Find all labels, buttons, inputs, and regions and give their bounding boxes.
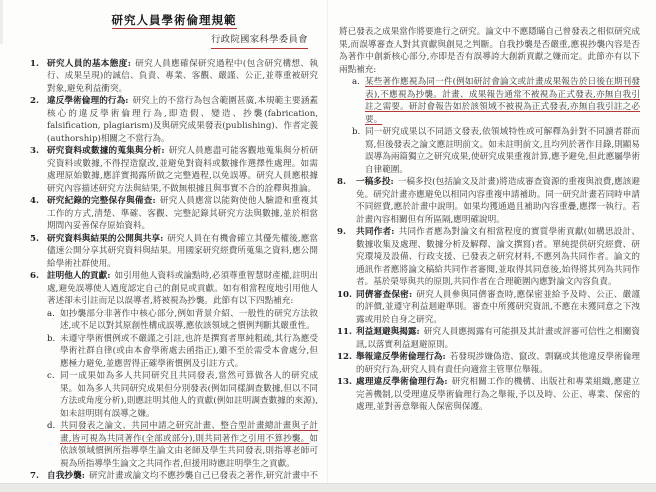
subitem-text: 如抄襲部分非著作中核心部分,例如背景介紹、一般性的研究方法敘述,或不足以對其原創… (60, 308, 318, 333)
red-underlined-text: 某些著作應視為同一件(例如研討會論文或計畫成果報告於日後在期刊發表),不應視為抄… (365, 77, 640, 125)
item-label: 舉報違反學術倫理行為: (356, 352, 446, 362)
subitem-letter: c. (47, 370, 60, 420)
scan-edge-artifact (0, 0, 3, 44)
subitem-text: 某些著作應視為同一件(例如研討會論文或計畫成果報告於日後在期刊發表),不應視為抄… (365, 76, 640, 126)
item-text: 一稿多投:一稿多投(包括論文及計畫)將造成審查資源的重複與浪費,應該避免。研究計… (356, 176, 640, 226)
subitem-c: c. 同一成果如為多人共同研究且共同發表,當然可算做各人的研究成果。如為多人共同… (47, 370, 318, 420)
item-number: 5. (30, 233, 47, 271)
item-number: 12. (337, 351, 356, 376)
subitem-a: a. 某些著作應視為同一件(例如研討會論文或計畫成果報告於日後在期刊發表),不應… (337, 76, 640, 126)
item-label: 同儕審查保密: (356, 290, 412, 300)
item-label: 共同作者: (356, 227, 394, 237)
item-11: 11. 利益迴避與揭露:研究人員應揭露有可能損及其計畫或評審可信性之相關資訊,以… (337, 326, 640, 351)
item-number: 10. (337, 289, 356, 327)
page-left: 研究人員學術倫理規範 行政院國家科學委員會 1. 研究人員的基本態度:研究人員應… (0, 0, 328, 484)
item-text: 研究資料或數據的蒐集與分析:研究人員應盡可能客觀地蒐集與分析研究資料或數據,不得… (47, 145, 318, 195)
item-text: 處理違反學術倫理行為:研究相關工作的機構、出版社和專業組織,應建立完善機制,以受… (356, 376, 640, 414)
item-number: 2. (30, 95, 47, 145)
item-2: 2. 違反學術倫理的行為:研究上的不當行為包含範圍甚廣,本規範主要涵蓋核心的違反… (30, 95, 318, 145)
item-number: 7. (30, 470, 47, 484)
item-label: 一稿多投: (356, 177, 394, 187)
item-number: 6. (30, 270, 47, 470)
item-number: 4. (30, 195, 47, 233)
document-scan: 研究人員學術倫理規範 行政院國家科學委員會 1. 研究人員的基本態度:研究人員應… (0, 0, 656, 492)
item-10: 10. 同儕審查保密:研究人員參與同儕審查時,應保密並給予及時、公正、嚴謹的評價… (337, 289, 640, 327)
item-4: 4. 研究紀錄的完整保存與備查:研究人員應當以能夠使他人驗證和重複其工作的方式,… (30, 195, 318, 233)
subitem-b: b. 同一研究成果以不同語文發表,依領域特性或可解釋為針對不同讀者群而寫,但後發… (337, 126, 640, 176)
subitem-b: b. 未遵守學術慣例或不嚴謹之引註,也許是撰寫者單純粗疏,其行為應受學術社群自律… (47, 333, 318, 371)
item-label: 違反學術倫理的行為: (47, 96, 128, 106)
subitem-letter: b. (352, 126, 365, 176)
item-number: 11. (337, 326, 356, 351)
subitem-text: 共同發表之論文、共同申請之研究計畫、整合型計畫總計畫與子計畫,皆可視為共同著作(… (60, 420, 318, 470)
item-text: 違反學術倫理的行為:研究上的不當行為包含範圍甚廣,本規範主要涵蓋核心的違反學術倫… (47, 95, 318, 145)
item-text: 同儕審查保密:研究人員參與同儕審查時,應保密並給予及時、公正、嚴謹的評價,並遵守… (356, 289, 640, 327)
item-text: 研究人員的基本態度:研究人員應確保研究過程中(包含研究構想、執行、成果呈現)的誠… (47, 58, 318, 96)
item-text: 研究紀錄的完整保存與備查:研究人員應當以能夠使他人驗證和重複其工作的方式,清楚、… (47, 195, 318, 233)
item-text: 利益迴避與揭露:研究人員應揭露有可能損及其計畫或評審可信性之相關資訊,以落實利益… (356, 326, 640, 351)
scan-bottom-edge (0, 483, 656, 492)
item-7-continuation: 將已發表之成果當作將要進行之研究。論文中不應隱瞞自己曾發表之相似研究成果,而誤導… (337, 26, 640, 76)
item-12: 12. 舉報違反學術倫理行為:若發現涉嫌偽造、竄改、剽竊或其他違反學術倫理的研究… (337, 351, 640, 376)
item-label: 利益迴避與揭露: (356, 327, 420, 337)
item-label: 研究人員的基本態度: (47, 59, 131, 69)
title-block: 研究人員學術倫理規範 (30, 13, 318, 29)
item-5: 5. 研究資料與結果的公開與共享:研究人員在有機會確立其優先權後,應當儘速公開分… (30, 233, 318, 271)
item-number: 1. (30, 58, 47, 96)
item-number: 8. (337, 176, 356, 226)
subtitle-block: 行政院國家科學委員會 (30, 34, 318, 49)
item-label: 註明他人的貢獻: (47, 271, 110, 281)
item-6: 6. 註明他人的貢獻:如引用他人資料或論點時,必須尊重智慧財產權,註明出處,避免… (30, 270, 318, 470)
item-3: 3. 研究資料或數據的蒐集與分析:研究人員應盡可能客觀地蒐集與分析研究資料或數據… (30, 145, 318, 195)
subitem-text: 同一成果如為多人共同研究且共同發表,當然可算做各人的研究成果。如為多人共同研究成… (60, 370, 318, 420)
item-1: 1. 研究人員的基本態度:研究人員應確保研究過程中(包含研究構想、執行、成果呈現… (30, 58, 318, 96)
item-text: 舉報違反學術倫理行為:若發現涉嫌偽造、竄改、剽竊或其他違反學術倫理的研究行為,研… (356, 351, 640, 376)
red-underlined-text: 共同發表之論文、共同申請之研究計畫、整合型計畫總計畫與子計畫,皆可視為共同著作(… (60, 421, 318, 444)
item-body: 註明他人的貢獻:如引用他人資料或論點時,必須尊重智慧財產權,註明出處,避免誤導使… (47, 270, 318, 470)
item-7: 7. 自我抄襲:研究計畫或論文均不應抄襲自己已發表之著作,研究計畫中不應 (30, 470, 318, 484)
item-body-text: 共同作者應為對論文有相當程度的實質學術貢獻(如構思設計、數據收集及處理、數據分析… (356, 227, 640, 287)
subitem-d: d. 共同發表之論文、共同申請之研究計畫、整合型計畫總計畫與子計畫,皆可視為共同… (47, 420, 318, 470)
item-number: 3. (30, 145, 47, 195)
page-right: 將已發表之成果當作將要進行之研究。論文中不應隱瞞自己曾發表之相似研究成果,而誤導… (328, 0, 656, 484)
item-text: 自我抄襲:研究計畫或論文均不應抄襲自己已發表之著作,研究計畫中不應 (47, 470, 318, 484)
doc-title: 研究人員學術倫理規範 (112, 13, 237, 29)
item-label: 研究資料或數據的蒐集與分析: (47, 146, 165, 156)
item-text: 共同作者:共同作者應為對論文有相當程度的實質學術貢獻(如構思設計、數據收集及處理… (356, 226, 640, 289)
item-label: 研究紀錄的完整保存與備查: (47, 196, 156, 206)
item-8: 8. 一稿多投:一稿多投(包括論文及計畫)將造成審查資源的重複與浪費,應該避免。… (337, 176, 640, 226)
subitem-letter: b. (47, 333, 60, 371)
item-13: 13. 處理違反學術倫理行為:研究相關工作的機構、出版社和專業組織,應建立完善機… (337, 376, 640, 414)
subitem-text: 未遵守學術慣例或不嚴謹之引註,也許是撰寫者單純粗疏,其行為應受學術社群自律(或由… (60, 333, 318, 371)
item-body-text: 一稿多投(包括論文及計畫)將造成審查資源的重複與浪費,應該避免。研究計畫亦應避免… (356, 177, 640, 225)
subitem-letter: d. (47, 420, 60, 470)
subitem-letter: a. (352, 76, 365, 126)
item-number: 9. (337, 226, 356, 289)
item-number: 13. (337, 376, 356, 414)
item-text: 研究資料與結果的公開與共享:研究人員在有機會確立其優先權後,應當儘速公開分享其研… (47, 233, 318, 271)
item-label: 自我抄襲: (47, 471, 85, 481)
subitem-a: a. 如抄襲部分非著作中核心部分,例如背景介紹、一般性的研究方法敘述,或不足以對… (47, 308, 318, 333)
subitem-letter: a. (47, 308, 60, 333)
item-label: 研究資料與結果的公開與共享: (47, 234, 163, 244)
subitem-text: 同一研究成果以不同語文發表,依領域特性或可解釋為針對不同讀者群而寫,但後發表之論… (365, 126, 640, 176)
item-text: 註明他人的貢獻:如引用他人資料或論點時,必須尊重智慧財產權,註明出處,避免誤導使… (47, 270, 318, 308)
doc-subtitle: 行政院國家科學委員會 (211, 34, 308, 49)
item-label: 處理違反學術倫理行為: (356, 377, 448, 387)
item-9: 9. 共同作者:共同作者應為對論文有相當程度的實質學術貢獻(如構思設計、數據收集… (337, 226, 640, 289)
